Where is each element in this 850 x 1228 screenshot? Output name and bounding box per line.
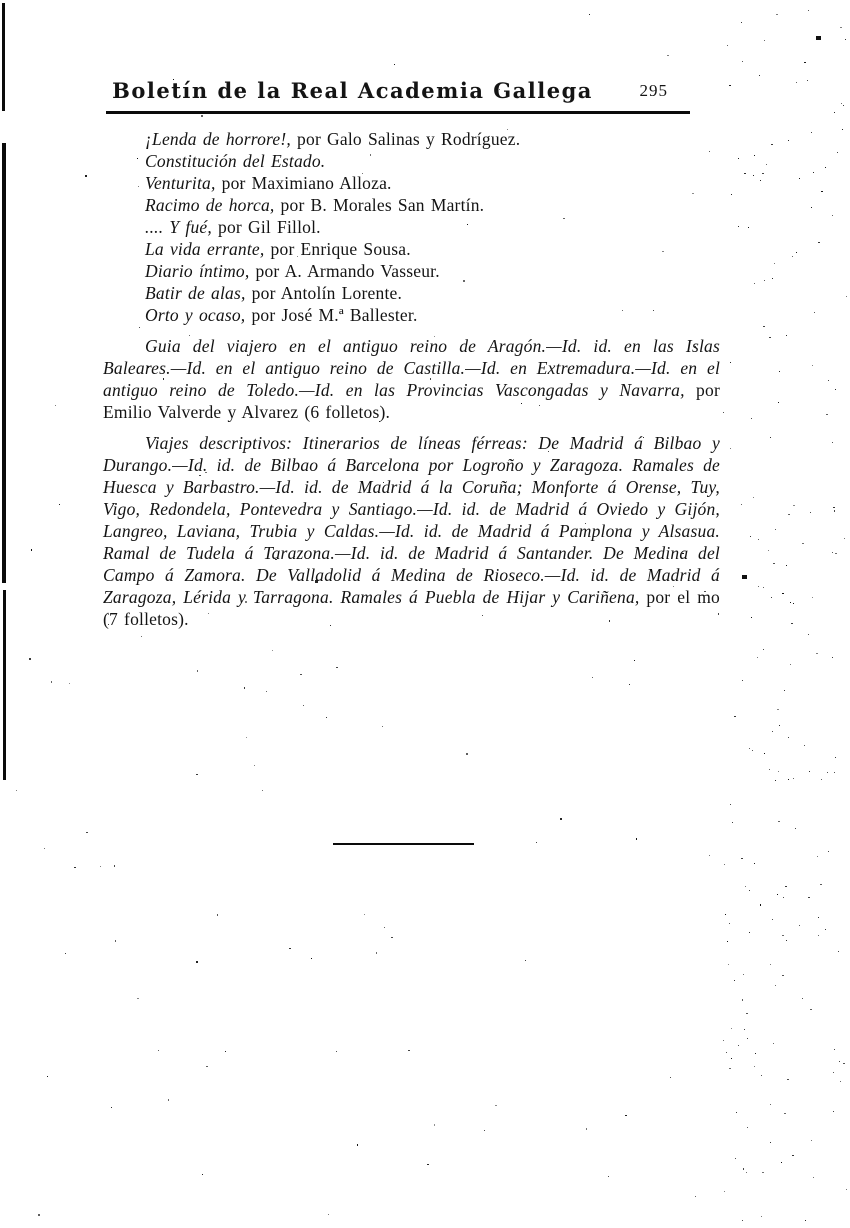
works-list: ¡Lenda de horrore!, por Galo Salinas y R… bbox=[103, 128, 720, 326]
page-header: Boletín de la Real Academia Gallega 295 bbox=[105, 78, 690, 108]
work-author: por Maximiano Alloza. bbox=[216, 173, 392, 193]
work-title: Venturita, bbox=[145, 173, 216, 193]
work-entry: Orto y ocaso, por José M.ª Ballester. bbox=[103, 304, 720, 326]
work-entry: Racimo de horca, por B. Morales San Mart… bbox=[103, 194, 720, 216]
work-author: por Gil Fillol. bbox=[212, 217, 321, 237]
bibliography-paragraphs: Guia del viajero en el antiguo reino de … bbox=[103, 335, 720, 630]
paragraph-titles: Guia del viajero en el antiguo reino de … bbox=[103, 336, 720, 400]
scan-edge-artifact bbox=[3, 590, 6, 780]
scan-edge-artifact bbox=[2, 3, 5, 111]
work-entry: Diario íntimo, por A. Armando Vasseur. bbox=[103, 260, 720, 282]
work-entry: ¡Lenda de horrore!, por Galo Salinas y R… bbox=[103, 128, 720, 150]
work-title: Orto y ocaso, bbox=[145, 305, 245, 325]
work-author: por Galo Salinas y Rodríguez. bbox=[291, 129, 520, 149]
scan-edge-artifact bbox=[2, 143, 6, 583]
work-author: por Antolín Lorente. bbox=[246, 283, 402, 303]
work-entry: Batir de alas, por Antolín Lorente. bbox=[103, 282, 720, 304]
running-title: Boletín de la Real Academia Gallega bbox=[105, 78, 600, 103]
work-author: por Enrique Sousa. bbox=[264, 239, 410, 259]
work-title: Constitución del Estado. bbox=[145, 151, 325, 171]
work-entry: .... Y fué, por Gil Fillol. bbox=[103, 216, 720, 238]
bibliography-paragraph: Guia del viajero en el antiguo reino de … bbox=[103, 335, 720, 423]
work-title: .... Y fué, bbox=[145, 217, 212, 237]
work-title: Diario íntimo, bbox=[145, 261, 249, 281]
work-title: Batir de alas, bbox=[145, 283, 246, 303]
header-rule bbox=[106, 111, 690, 114]
document-page: Boletín de la Real Academia Gallega 295 … bbox=[0, 0, 850, 1228]
work-title: ¡Lenda de horrore!, bbox=[145, 129, 291, 149]
work-entry: Venturita, por Maximiano Alloza. bbox=[103, 172, 720, 194]
work-title: Racimo de horca, bbox=[145, 195, 274, 215]
work-author: por B. Morales San Martín. bbox=[274, 195, 484, 215]
paragraph-titles: Viajes descriptivos: Itinerarios de líne… bbox=[103, 433, 720, 607]
work-author: por José M.ª Ballester. bbox=[245, 305, 417, 325]
work-author: por A. Armando Vasseur. bbox=[249, 261, 439, 281]
work-title: La vida errante, bbox=[145, 239, 264, 259]
page-number: 295 bbox=[640, 81, 669, 101]
text-block: ¡Lenda de horrore!, por Galo Salinas y R… bbox=[103, 128, 720, 630]
work-entry: Constitución del Estado. bbox=[103, 150, 720, 172]
bibliography-paragraph: Viajes descriptivos: Itinerarios de líne… bbox=[103, 432, 720, 630]
section-divider-rule bbox=[333, 843, 474, 845]
work-entry: La vida errante, por Enrique Sousa. bbox=[103, 238, 720, 260]
